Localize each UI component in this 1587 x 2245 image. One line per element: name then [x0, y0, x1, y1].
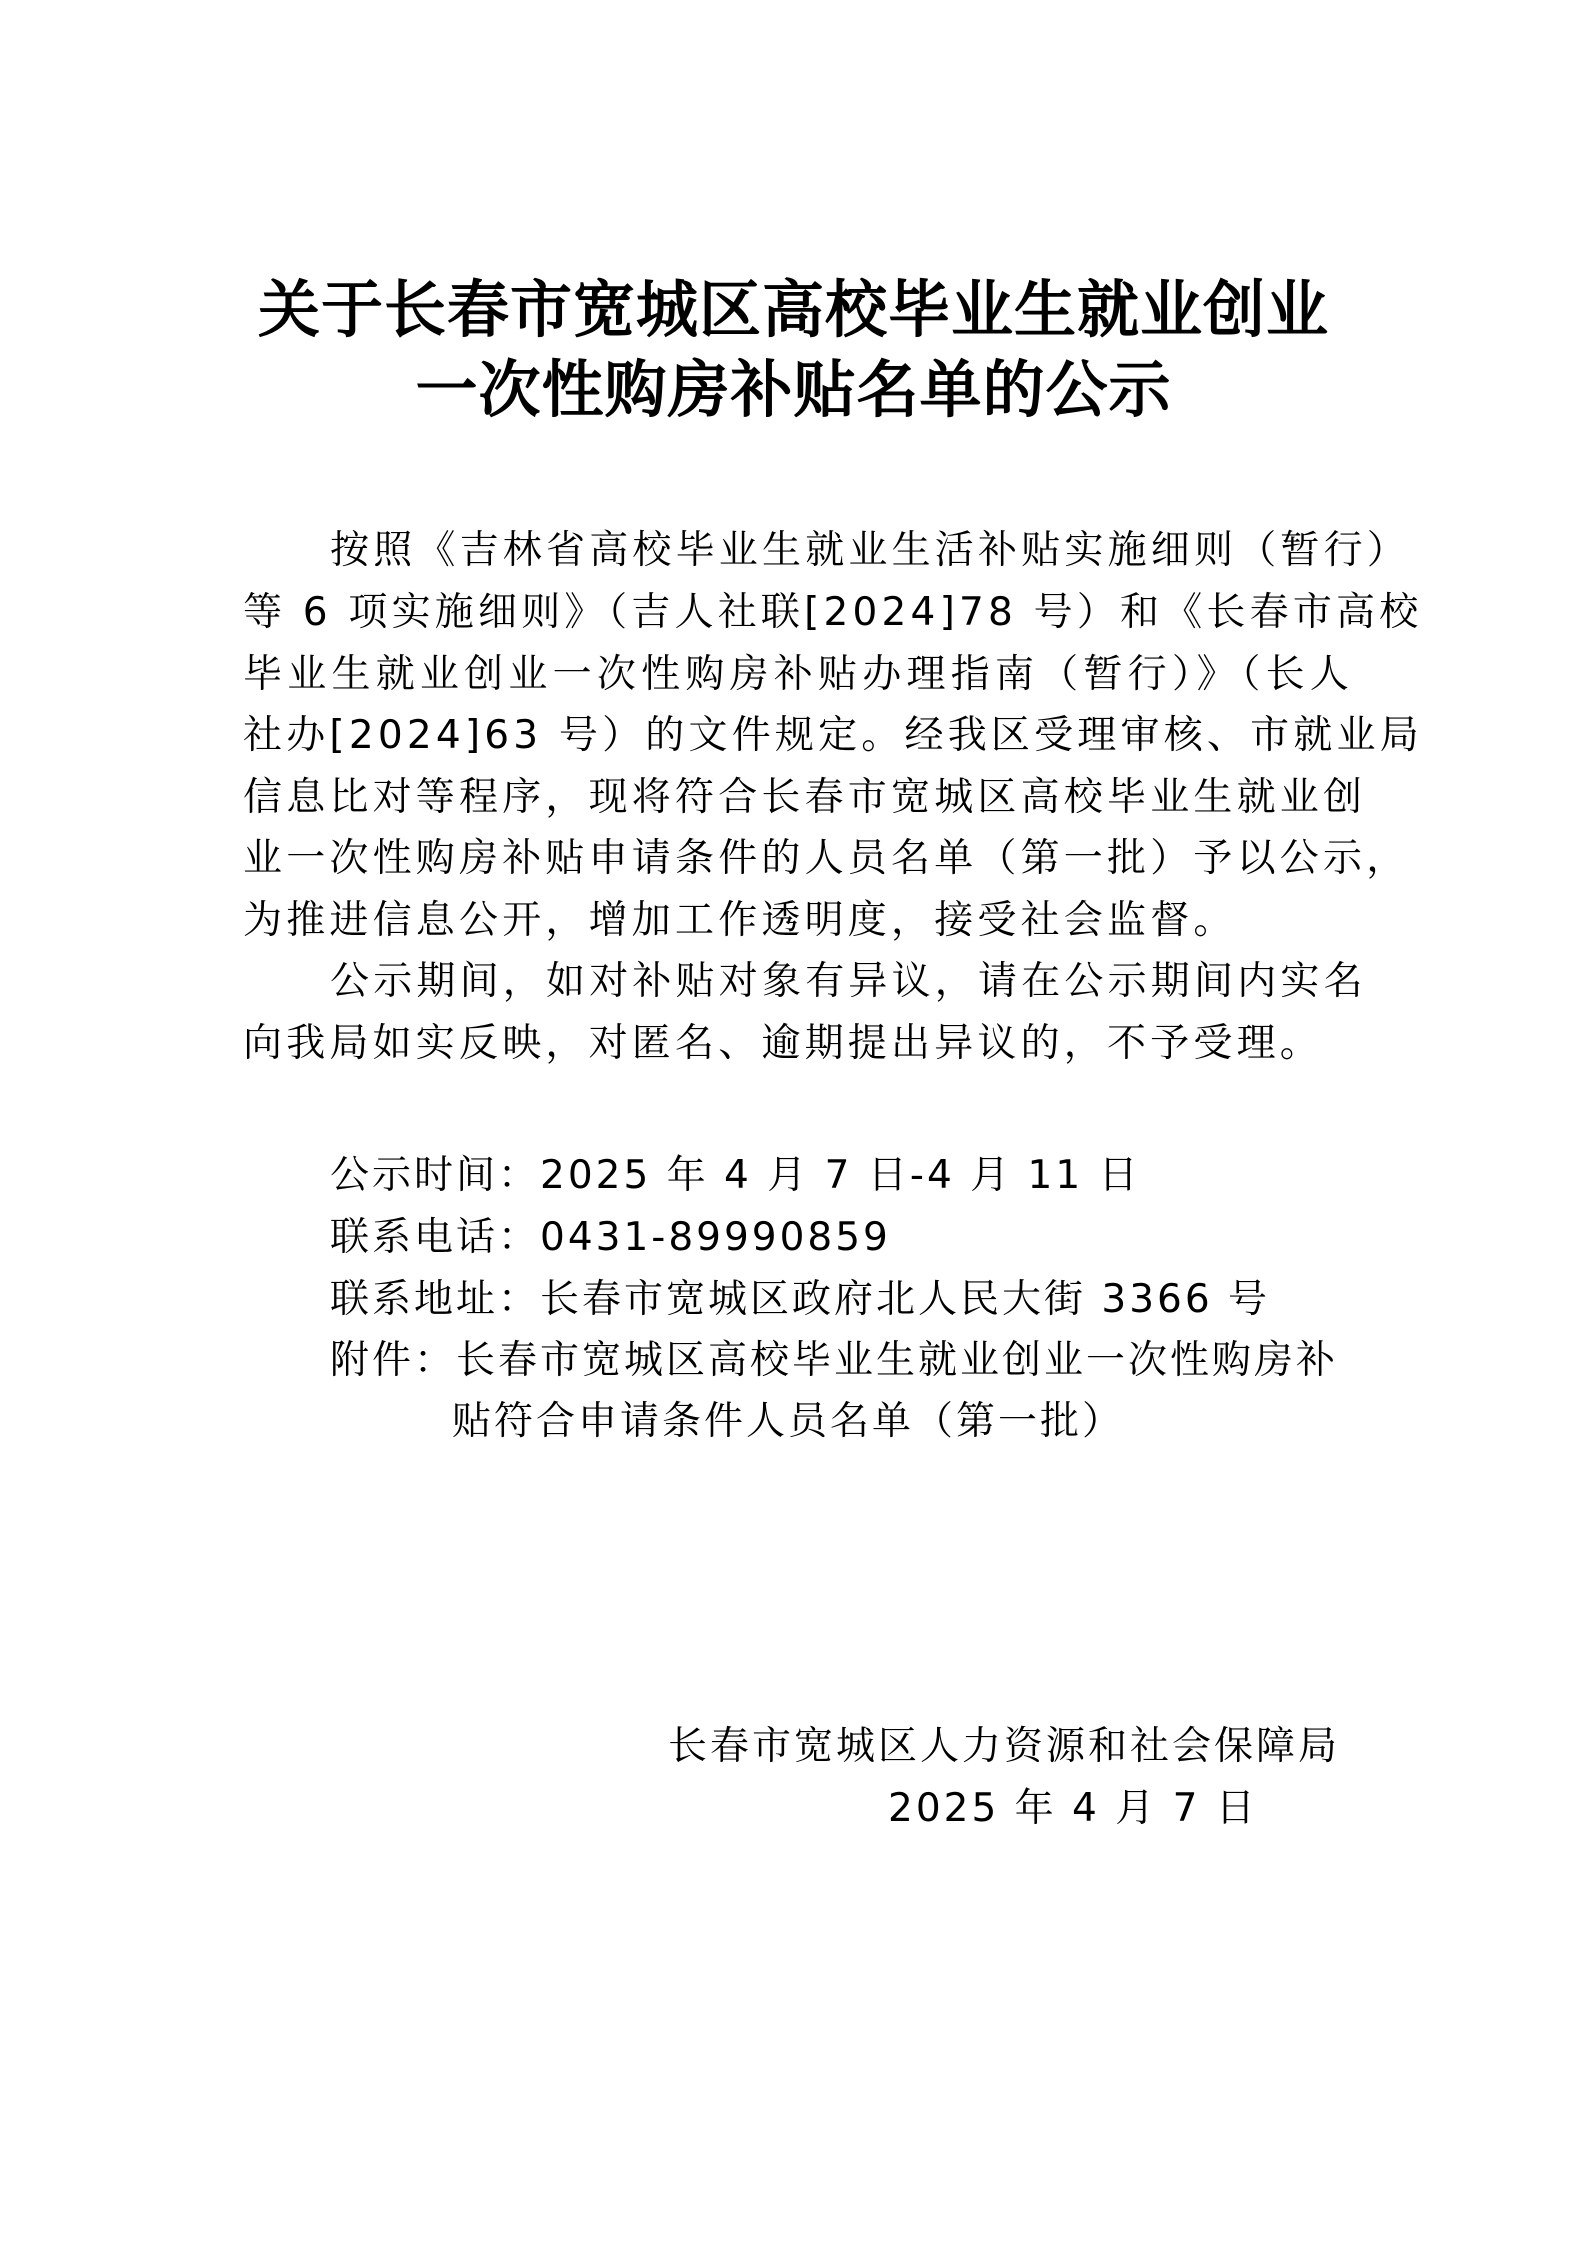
detail-label: 联系电话：	[330, 1213, 540, 1263]
detail-label: 公示时间：	[330, 1151, 540, 1201]
paragraph-line: 等 6 项实施细则》（吉人社联[2024]78 号）和《长春市高校	[243, 588, 1353, 638]
detail-value: 长春市宽城区政府北人民大街 3366 号	[540, 1275, 1270, 1325]
paragraph-line: 毕业生就业创业一次性购房补贴办理指南（暂行）》（长人	[243, 650, 1353, 700]
detail-value: 0431-89990859	[540, 1213, 891, 1263]
paragraph-line: 信息比对等程序，现将符合长春市宽城区高校毕业生就业创	[243, 773, 1353, 823]
detail-address: 联系地址：长春市宽城区政府北人民大街 3366 号	[330, 1275, 1270, 1325]
document-page: 关于长春市宽城区高校毕业生就业创业 一次性购房补贴名单的公示 按照《吉林省高校毕…	[0, 0, 1587, 2245]
paragraph-line: 向我局如实反映，对匿名、逾期提出异议的，不予受理。	[243, 1019, 1353, 1069]
signature-organization: 长春市宽城区人力资源和社会保障局	[668, 1722, 1340, 1772]
signature-date: 2025 年 4 月 7 日	[888, 1784, 1258, 1834]
paragraph-line: 社办[2024]63 号）的文件规定。经我区受理审核、市就业局	[243, 711, 1353, 761]
detail-phone: 联系电话：0431-89990859	[330, 1213, 891, 1263]
paragraph-line: 按照《吉林省高校毕业生就业生活补贴实施细则（暂行）	[330, 526, 1353, 576]
paragraph-line: 公示期间，如对补贴对象有异议，请在公示期间内实名	[330, 957, 1353, 1007]
detail-value: 长春市宽城区高校毕业生就业创业一次性购房补	[456, 1336, 1338, 1386]
document-title-line-1: 关于长春市宽城区高校毕业生就业创业	[0, 272, 1587, 348]
paragraph-line: 业一次性购房补贴申请条件的人员名单（第一批）予以公示，	[243, 834, 1353, 884]
detail-label: 附件：	[330, 1336, 456, 1386]
detail-attachment: 附件：长春市宽城区高校毕业生就业创业一次性购房补	[330, 1336, 1338, 1386]
detail-period: 公示时间：2025 年 4 月 7 日-4 月 11 日	[330, 1151, 1141, 1201]
document-title-line-2: 一次性购房补贴名单的公示	[0, 352, 1587, 428]
detail-value: 2025 年 4 月 7 日-4 月 11 日	[540, 1151, 1141, 1201]
paragraph-line: 为推进信息公开，增加工作透明度，接受社会监督。	[243, 896, 1353, 946]
detail-label: 联系地址：	[330, 1275, 540, 1325]
detail-attachment-continued: 贴符合申请条件人员名单（第一批）	[452, 1397, 1124, 1447]
